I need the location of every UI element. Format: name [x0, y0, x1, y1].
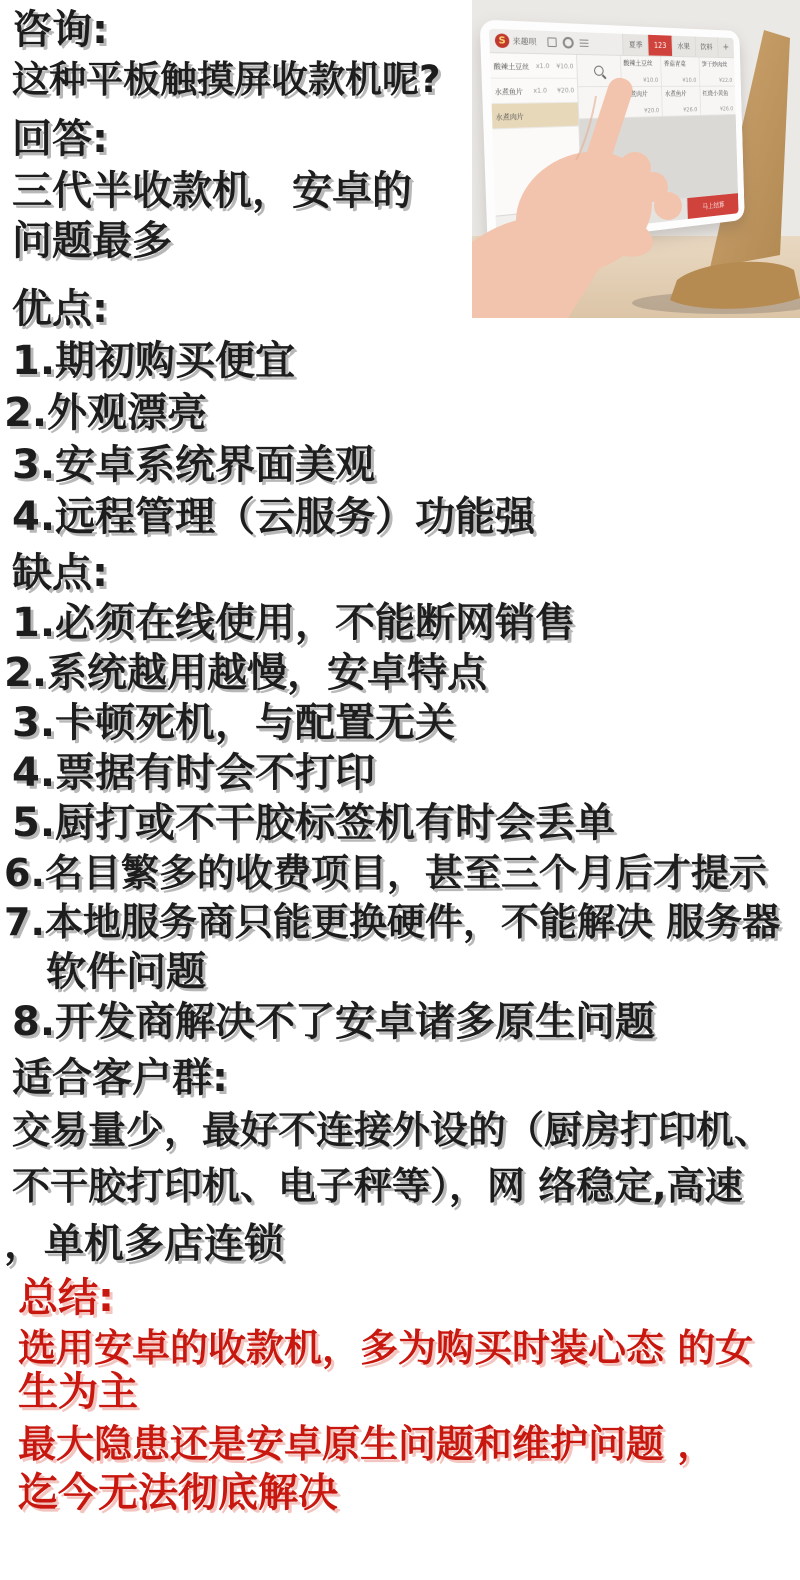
cons-item: 7.本地服务商只能更换硬件，不能解决 服务器	[0, 902, 800, 944]
cons-label: 缺点:	[0, 551, 800, 595]
pos-machine-photo: S 来趣呗 夏季 123 水果 饮料 +	[472, 0, 800, 318]
audience-line: ，单机多店连锁	[0, 1222, 800, 1266]
audience-label: 适合客户群:	[0, 1056, 800, 1100]
hand-pointing	[472, 0, 800, 318]
pros-item: 1.期初购买便宜	[0, 339, 800, 383]
audience-line: 交易量少，最好不连接外设的（厨房打印机、	[0, 1110, 800, 1152]
cons-item: 4.票据有时会不打印	[0, 751, 800, 795]
cons-item: 1.必须在线使用，不能断网销售	[0, 601, 800, 645]
cons-item-continuation: 软件问题	[0, 950, 800, 994]
cons-item: 3.卡顿死机，与配置无关	[0, 701, 800, 745]
cons-item: 2.系统越用越慢，安卓特点	[0, 651, 800, 695]
cons-item: 5.厨打或不干胶标签机有时会丢单	[0, 801, 800, 845]
summary-line: 选用安卓的收款机，多为购买时装心态 的女	[0, 1328, 800, 1370]
summary-line: 生为主	[0, 1370, 800, 1414]
pros-item: 3.安卓系统界面美观	[0, 443, 800, 487]
pros-item: 2.外观漂亮	[0, 391, 800, 435]
audience-line: 不干胶打印机、电子秤等），网 络稳定,高速	[0, 1166, 800, 1208]
summary-line: 最大隐患还是安卓原生问题和维护问题 ，	[0, 1424, 800, 1466]
cons-item: 6.名目繁多的收费项目，甚至三个月后才提示	[0, 853, 800, 895]
page: 咨询: 这种平板触摸屏收款机呢? 回答: 三代半收款机，安卓的 问题最多 优点:…	[0, 0, 800, 1580]
cons-item: 8.开发商解决不了安卓诸多原生问题	[0, 1000, 800, 1044]
summary-label: 总结:	[0, 1276, 800, 1320]
pros-item: 4.远程管理（云服务）功能强	[0, 495, 800, 539]
summary-line: 迄今无法彻底解决	[0, 1471, 800, 1515]
